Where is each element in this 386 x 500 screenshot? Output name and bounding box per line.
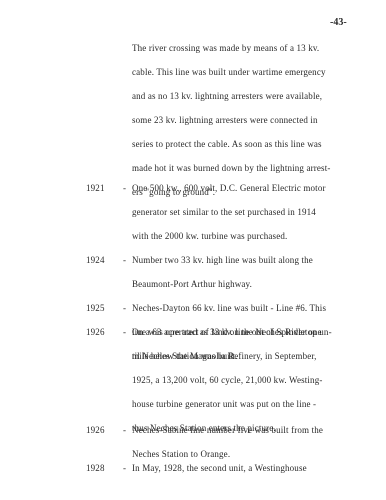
text-line: mile below the Magnolia Refinery, in Sep… [132, 344, 372, 368]
text-line: On a 63 acre tract of land on the Neches… [132, 320, 372, 344]
entry-year: 1925 [86, 296, 116, 320]
text-line: Number two 33 kv. high line was built al… [132, 248, 372, 272]
entry-year: 1926 [86, 320, 116, 344]
entry-dash: - [123, 296, 129, 320]
text-line: with the 2000 kw. turbine was purchased. [132, 224, 372, 248]
text-line: Neches-Dayton 66 kv. line was built - Li… [132, 296, 372, 320]
entry-year: 1928 [86, 456, 116, 480]
text-line: house turbine generator unit was put on … [132, 392, 372, 416]
text-line: generator set similar to the set purchas… [132, 200, 372, 224]
text-line: The river crossing was made by means of … [132, 36, 372, 60]
text-line: cable. This line was built under wartime… [132, 60, 372, 84]
text-line: Beaumont-Port Arthur highway. [132, 272, 372, 296]
entry-dash: - [123, 248, 129, 272]
entry-dash: - [123, 176, 129, 200]
text-line: series to protect the cable. As soon as … [132, 132, 372, 156]
text-line: some 23 kv. lightning arresters were con… [132, 108, 372, 132]
text-line: In May, 1928, the second unit, a Westing… [132, 456, 372, 480]
entry-year: 1924 [86, 248, 116, 272]
page-number: -43- [330, 17, 347, 28]
text-line: One 500 kw., 600 volt, D.C. General Elec… [132, 176, 372, 200]
entry-dash: - [123, 320, 129, 344]
text-line: 1925, a 13,200 volt, 60 cycle, 21,000 kw… [132, 368, 372, 392]
text-line: Neches-Sabine line number five was built… [132, 418, 372, 442]
entry-year: 1926 [86, 418, 116, 442]
entry-year: 1921 [86, 176, 116, 200]
entry-dash: - [123, 418, 129, 442]
entry-dash: - [123, 456, 129, 480]
text-line: and as no 13 kv. lightning arresters wer… [132, 84, 372, 108]
